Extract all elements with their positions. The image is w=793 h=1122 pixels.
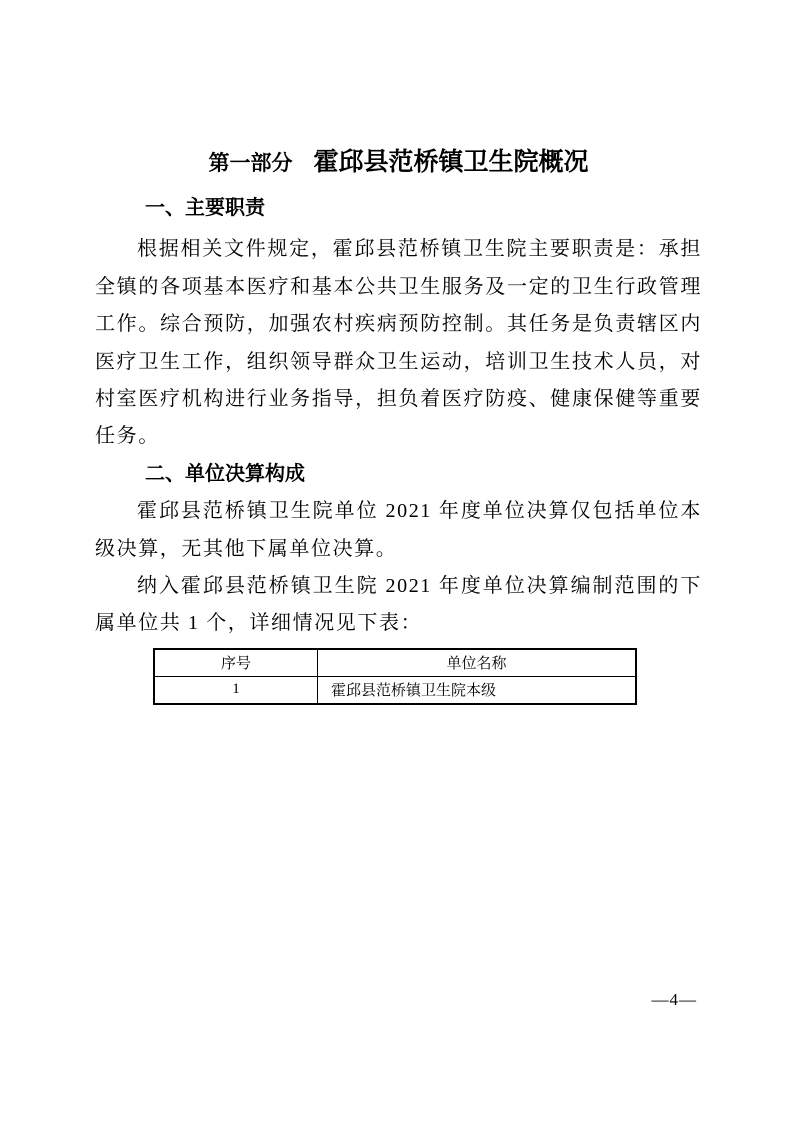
table-row: 1 霍邱县范桥镇卫生院本级 bbox=[154, 676, 636, 704]
paragraph-main-duties: 根据相关文件规定，霍邱县范桥镇卫生院主要职责是：承担全镇的各项基本医疗和基本公共… bbox=[95, 231, 702, 455]
table-header-index: 序号 bbox=[154, 649, 318, 677]
page-number: —4— bbox=[652, 990, 698, 1010]
subunit-table: 序号 单位名称 1 霍邱县范桥镇卫生院本级 bbox=[153, 648, 637, 705]
paragraph-budget-scope: 霍邱县范桥镇卫生院单位 2021 年度单位决算仅包括单位本级决算，无其他下属单位… bbox=[95, 493, 702, 568]
page-title: 第一部分 霍邱县范桥镇卫生院概况 bbox=[95, 137, 702, 182]
document-page: 第一部分 霍邱县范桥镇卫生院概况 一、主要职责 根据相关文件规定，霍邱县范桥镇卫… bbox=[0, 0, 793, 1122]
section-heading-budget-composition: 二、单位决算构成 bbox=[95, 456, 702, 493]
table-cell-index: 1 bbox=[154, 676, 318, 704]
table-cell-unit-name: 霍邱县范桥镇卫生院本级 bbox=[318, 676, 637, 704]
document-content: 第一部分 霍邱县范桥镇卫生院概况 一、主要职责 根据相关文件规定，霍邱县范桥镇卫… bbox=[95, 0, 702, 705]
paragraph-subunit-intro: 纳入霍邱县范桥镇卫生院 2021 年度单位决算编制范围的下属单位共 1 个，详细… bbox=[95, 568, 702, 643]
section-heading-main-duties: 一、主要职责 bbox=[95, 190, 702, 227]
page-title-part-label: 第一部分 bbox=[209, 152, 293, 175]
page-title-part-name: 霍邱县范桥镇卫生院概况 bbox=[313, 148, 588, 176]
table-header-row: 序号 单位名称 bbox=[154, 649, 636, 677]
table-header-unit-name: 单位名称 bbox=[318, 649, 637, 677]
